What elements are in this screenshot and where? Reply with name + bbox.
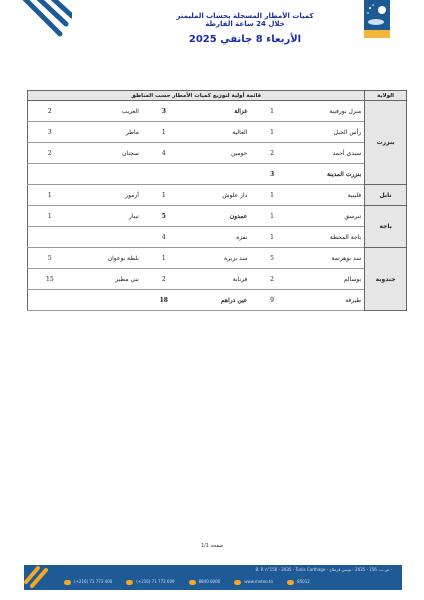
station-name: سد بوهرتمة <box>294 248 365 269</box>
station-value: 5 <box>142 206 186 227</box>
station-value: 4 <box>142 143 186 164</box>
governorate-cell: باجة <box>365 206 407 248</box>
contact-text: (+216) 71 773 400 <box>74 579 112 584</box>
table-row: سيدي أحمد 2 جومين 4 سجنان 2 <box>28 143 407 164</box>
station-value: 3 <box>142 101 186 122</box>
contact-phone: 8840 0000 <box>189 579 221 585</box>
station-name: نفزة <box>186 227 251 248</box>
footer-address: B. P. n°156 - 2035 - Tunis Carthage - ص.… <box>256 567 392 572</box>
station-name: منزل بورقيبة <box>294 101 365 122</box>
station-value: 1 <box>250 101 293 122</box>
contact-fax: (+216) 71 773 400 <box>64 579 112 585</box>
governorate-cell: بنزرت <box>365 101 407 185</box>
station-name: تيبار <box>72 206 142 227</box>
mail-icon <box>126 580 133 585</box>
contact-text: 8840 0000 <box>199 579 221 584</box>
station-value: 1 <box>250 185 293 206</box>
station-name: بوسالم <box>294 269 365 290</box>
station-name: العالية <box>186 122 251 143</box>
blue-stripes-icon <box>22 0 72 40</box>
table-row: رأس الجبل 1 العالية 1 ماطر 3 <box>28 122 407 143</box>
fax-icon <box>64 580 71 585</box>
station-name: رأس الجبل <box>294 122 365 143</box>
station-value: 1 <box>142 122 186 143</box>
title-line-2: خلال 24 ساعة الفارطة <box>150 20 340 28</box>
station-name <box>72 290 142 311</box>
station-value <box>28 290 72 311</box>
station-value: 18 <box>142 290 186 311</box>
station-name: أزمور <box>72 185 142 206</box>
footer-swoosh-icon <box>24 562 58 590</box>
inm-logo-icon <box>364 0 390 38</box>
station-name: تبرسق <box>294 206 365 227</box>
station-name: بلطة بوعوان <box>72 248 142 269</box>
station-name: ماطر <box>72 122 142 143</box>
contact-text: 85012 <box>297 579 310 584</box>
web-icon <box>234 580 241 585</box>
station-value: 5 <box>250 248 293 269</box>
governorate-cell: جندوبة <box>365 248 407 311</box>
station-value: 5 <box>28 248 72 269</box>
station-value: 1 <box>142 248 186 269</box>
report-date: الأربعاء 8 جانفي 2025 <box>150 34 340 45</box>
station-value: 1 <box>250 227 293 248</box>
phone-icon <box>189 580 196 585</box>
station-name <box>72 227 142 248</box>
table-row: جندوبة سد بوهرتمة 5 سد بربرة 1 بلطة بوعو… <box>28 248 407 269</box>
station-name <box>72 164 142 185</box>
station-name <box>186 164 251 185</box>
table-row: بنزرت المدينة 3 <box>28 164 407 185</box>
station-name: العزيب <box>72 101 142 122</box>
station-value: 15 <box>28 269 72 290</box>
sms-icon <box>287 580 294 585</box>
station-value <box>28 164 72 185</box>
station-name: باجة المحطة <box>294 227 365 248</box>
station-name: غزالة <box>186 101 251 122</box>
contact-web: www.meteo.tn <box>234 579 273 585</box>
contact-sms: 85012 <box>287 579 310 585</box>
table-row: بوسالم 2 فرنانة 2 بني مطير 15 <box>28 269 407 290</box>
contact-text: www.meteo.tn <box>244 579 273 584</box>
station-name: بنزرت المدينة <box>294 164 365 185</box>
table-row: باجة تبرسق 1 عمدون 5 تيبار 1 <box>28 206 407 227</box>
station-value: 4 <box>142 227 186 248</box>
contact-mail: (+216) 71 772 609 <box>126 579 174 585</box>
table-row: نابل قليبية 1 دار علوش 1 أزمور 1 <box>28 185 407 206</box>
station-value: 1 <box>142 185 186 206</box>
station-name: سجنان <box>72 143 142 164</box>
station-name: دار علوش <box>186 185 251 206</box>
rainfall-table: الولاية قائمة أولية لتوزيع كميات الأمطار… <box>27 90 407 311</box>
contact-text: (+216) 71 772 609 <box>136 579 174 584</box>
station-value: 9 <box>250 290 293 311</box>
header-title: قائمة أولية لتوزيع كميات الأمطار حسب الم… <box>28 91 365 101</box>
table-header-row: الولاية قائمة أولية لتوزيع كميات الأمطار… <box>28 91 407 101</box>
station-value: 2 <box>28 143 72 164</box>
footer-bar: B. P. n°156 - 2035 - Tunis Carthage - ص.… <box>24 565 402 590</box>
header-governorate: الولاية <box>365 91 407 101</box>
station-value <box>28 227 72 248</box>
footer-contacts: (+216) 71 773 400 (+216) 71 772 609 8840… <box>64 579 310 585</box>
report-title: كميات الأمطار المسجلة بحساب المليمتر خلا… <box>150 12 340 45</box>
station-value: 3 <box>250 164 293 185</box>
station-value: 2 <box>142 269 186 290</box>
station-name: قليبية <box>294 185 365 206</box>
station-name: عمدون <box>186 206 251 227</box>
station-name: جومين <box>186 143 251 164</box>
station-value: 2 <box>28 101 72 122</box>
table-row: بنزرت منزل بورقيبة 1 غزالة 3 العزيب 2 <box>28 101 407 122</box>
station-name: طبرقة <box>294 290 365 311</box>
station-name: فرنانة <box>186 269 251 290</box>
table-row: طبرقة 9 عين دراهم 18 <box>28 290 407 311</box>
station-value: 1 <box>250 122 293 143</box>
station-name: بني مطير <box>72 269 142 290</box>
page-number: صفحة 1/1 <box>0 543 424 549</box>
title-line-1: كميات الأمطار المسجلة بحساب المليمتر <box>150 12 340 20</box>
table-row: باجة المحطة 1 نفزة 4 <box>28 227 407 248</box>
station-value: 2 <box>250 143 293 164</box>
station-value: 2 <box>250 269 293 290</box>
station-value: 1 <box>250 206 293 227</box>
station-value <box>142 164 186 185</box>
station-name: سد بربرة <box>186 248 251 269</box>
station-name: عين دراهم <box>186 290 251 311</box>
station-value: 1 <box>28 185 72 206</box>
station-value: 3 <box>28 122 72 143</box>
governorate-cell: نابل <box>365 185 407 206</box>
station-name: سيدي أحمد <box>294 143 365 164</box>
station-value: 1 <box>28 206 72 227</box>
